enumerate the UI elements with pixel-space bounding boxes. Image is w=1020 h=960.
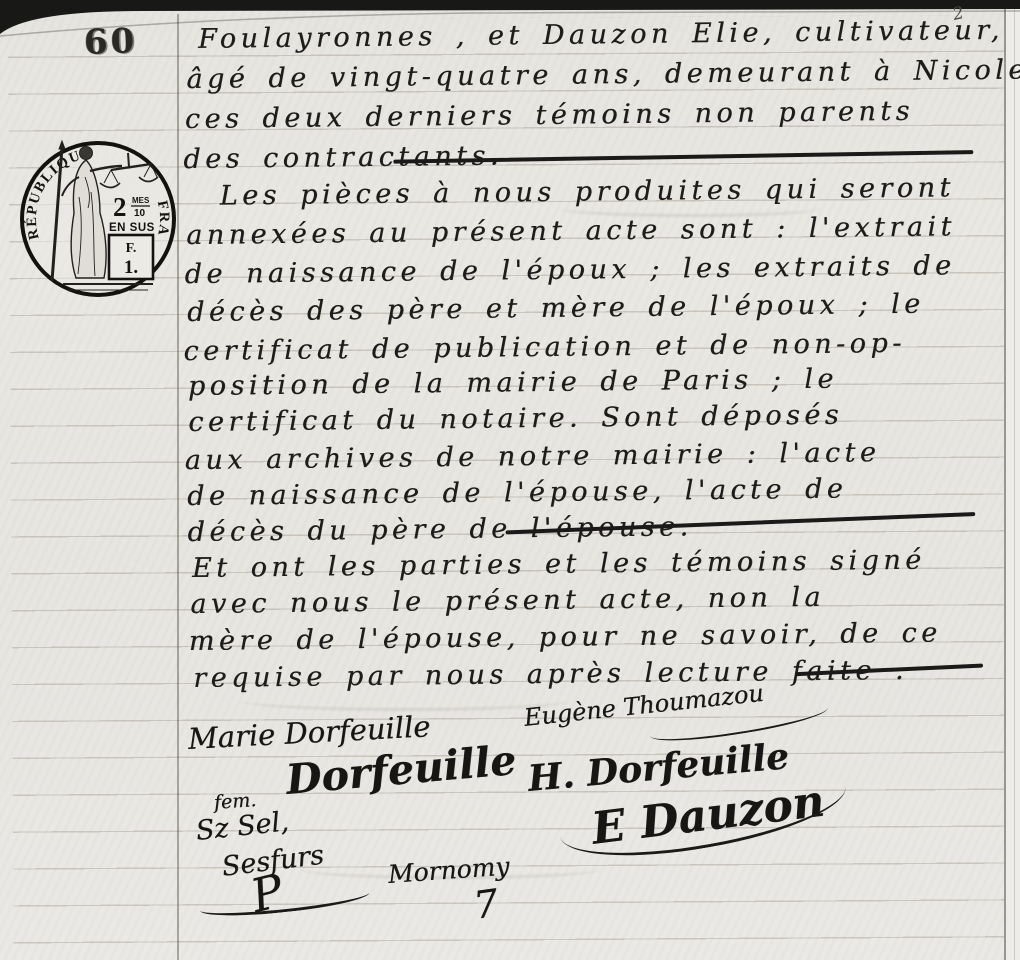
act-text-line: certificat de publication et de non-op- <box>183 328 906 367</box>
act-text-line: Les pièces à nous produites qui seront <box>220 172 955 211</box>
act-text-line: de naissance de l'épouse, l'acte de <box>187 474 847 512</box>
act-text-line: annexées au présent acte sont : l'extrai… <box>186 211 956 251</box>
act-text-line: âgé de vingt-quatre ans, demeurant à Nic… <box>186 54 1020 95</box>
act-text-line: mère de l'épouse, pour ne savoir, de ce <box>189 618 942 658</box>
act-text-line: aux archives de notre mairie : l'acte <box>185 437 881 476</box>
act-text-line: décès des père et mère de l'époux ; le <box>187 289 925 328</box>
act-text-line: avec nous le présent acte, non la <box>190 582 825 620</box>
act-text-line: décès du père de l'épouse. <box>187 511 692 548</box>
act-text-line: Et ont les parties et les témoins signé <box>192 545 926 584</box>
act-text-block: Foulayronnes , et Dauzon Elie, cultivate… <box>0 0 1020 960</box>
act-text-line: certificat du notaire. Sont déposés <box>188 400 843 438</box>
act-text-line: position de la mairie de Paris ; le <box>188 364 838 402</box>
act-text-line: Foulayronnes , et Dauzon Elie, cultivate… <box>198 15 1004 55</box>
act-text-line: de naissance de l'époux ; les extraits d… <box>184 250 955 290</box>
scanned-civil-record-page: 60 2 RÉPUBLIQUE FRANÇAISE <box>0 0 1020 960</box>
act-text-line: ces deux derniers témoins non parents <box>185 96 914 135</box>
